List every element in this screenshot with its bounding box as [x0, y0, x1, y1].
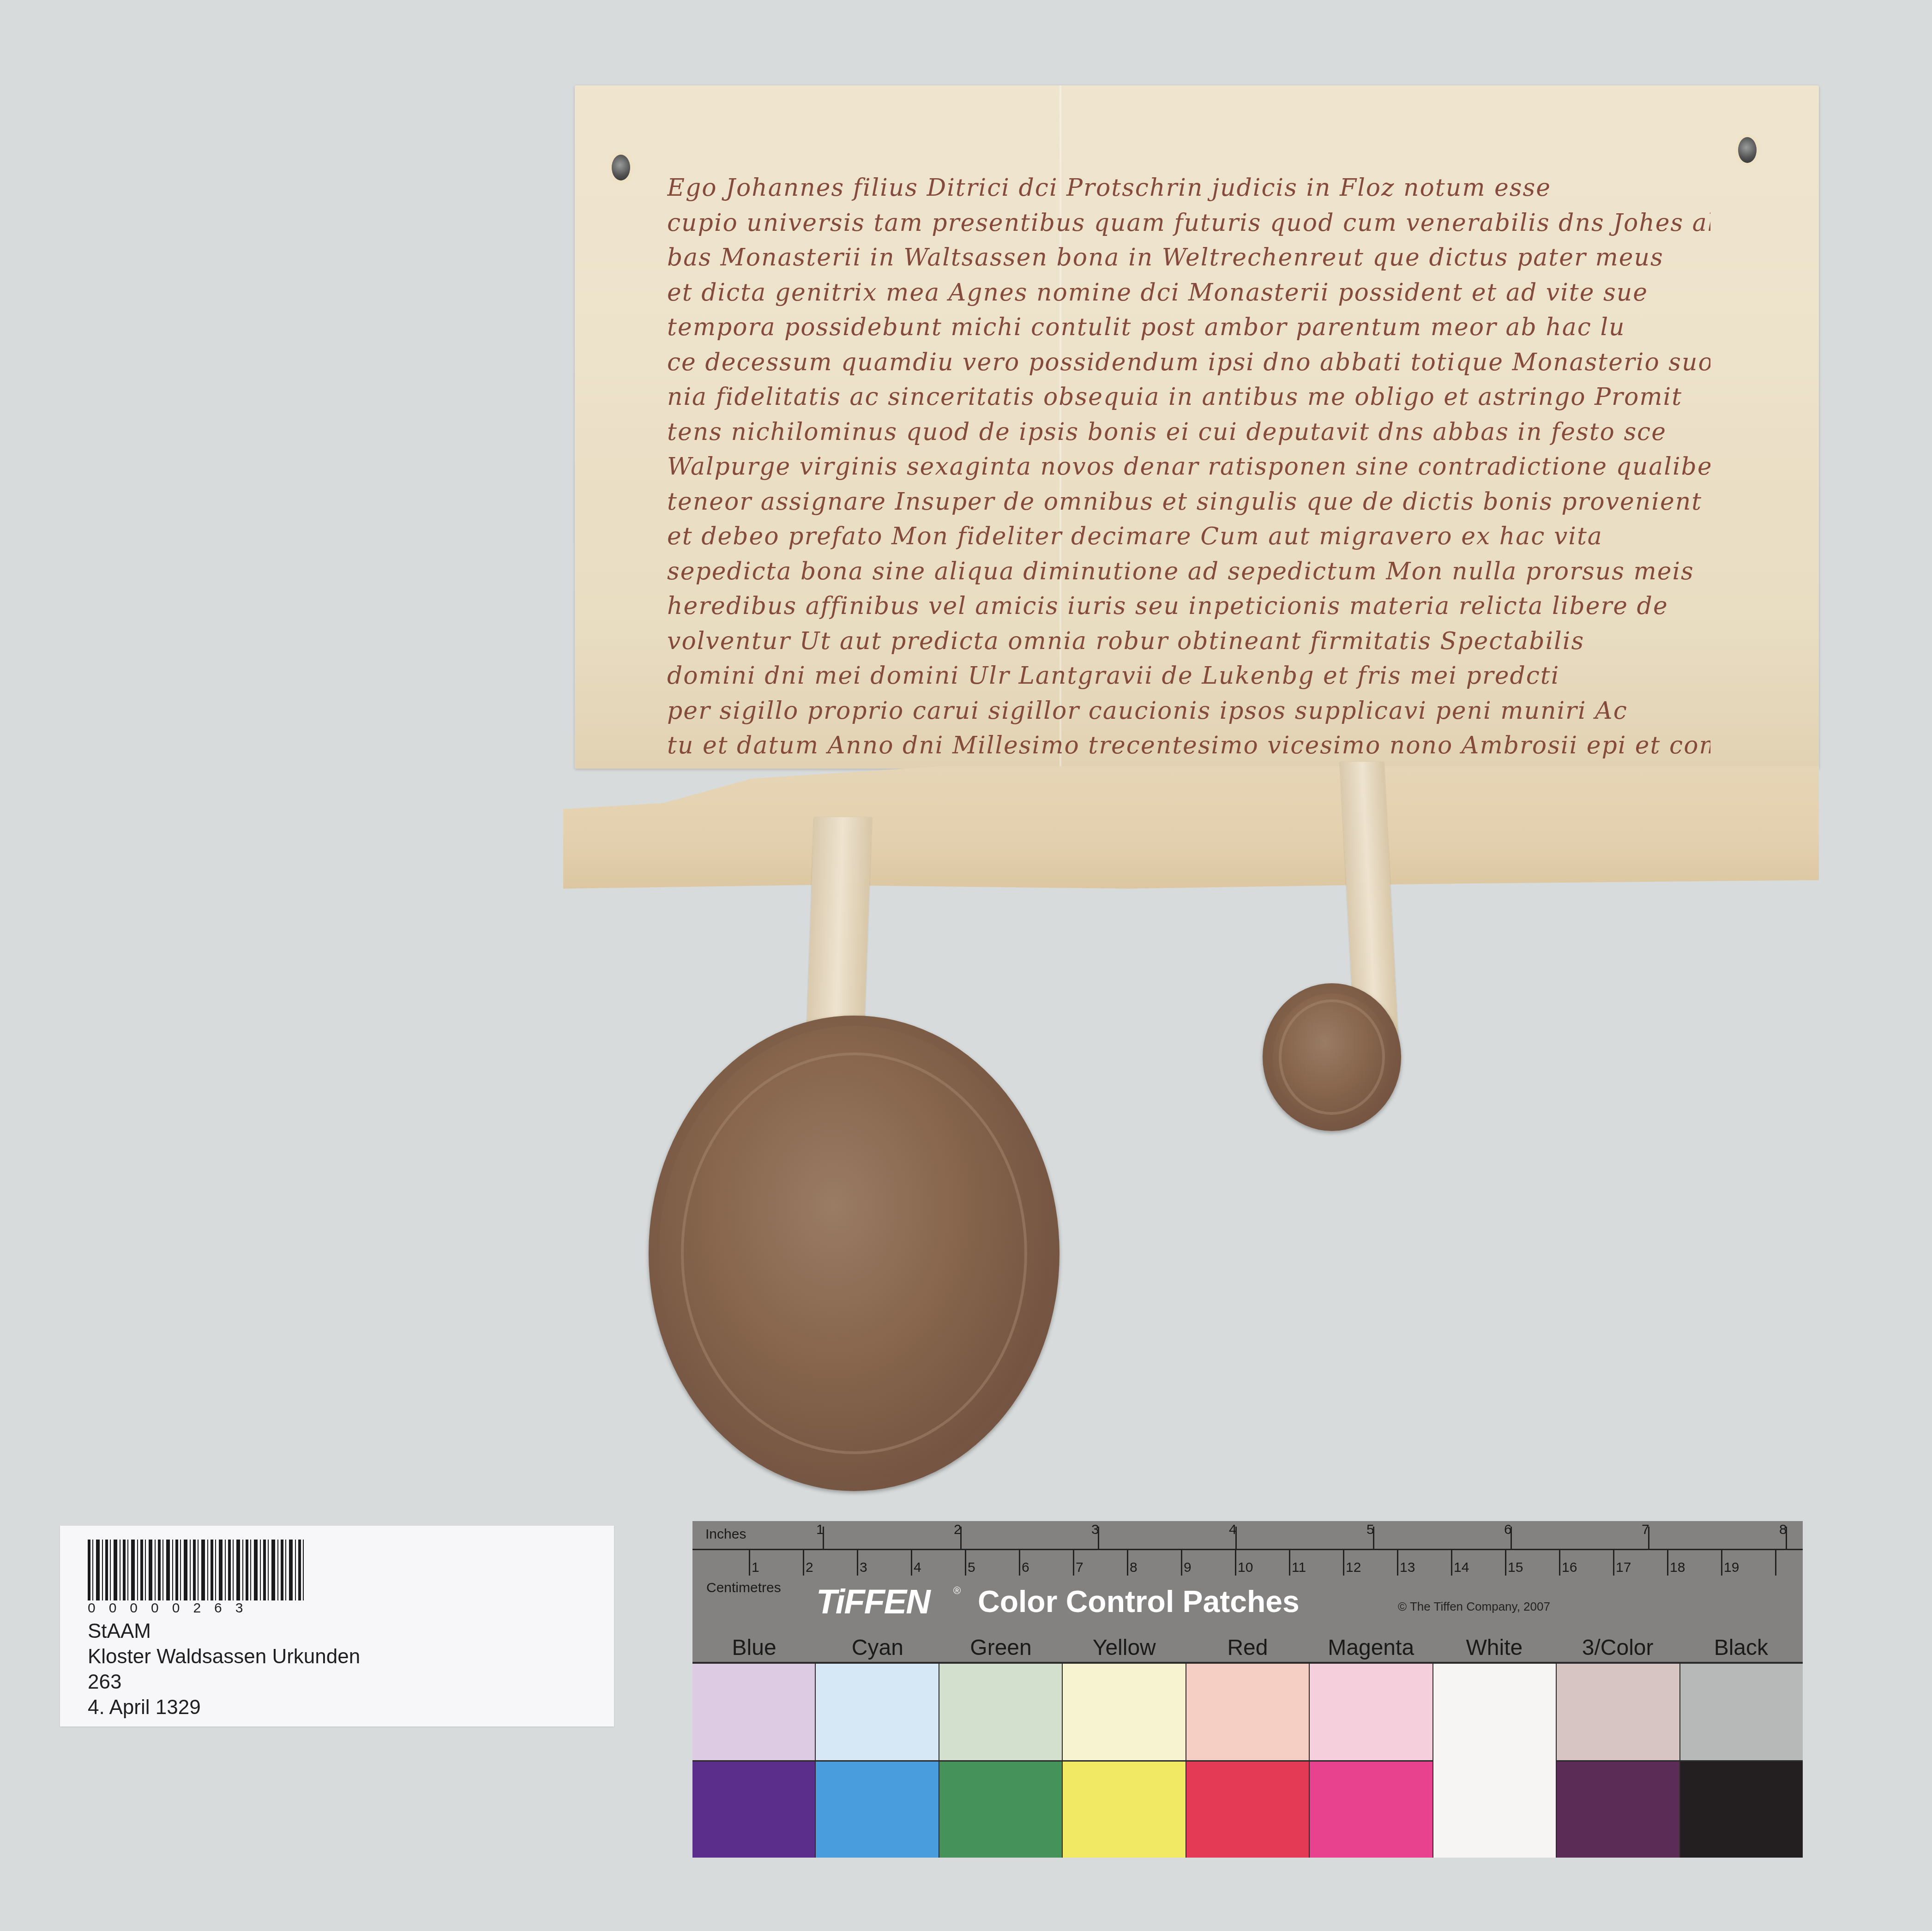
tiffen-color-chart: Inches 1 2 3 4 5 6 7 8 1 2 3 4 5 6 7 8 9… — [692, 1521, 1803, 1856]
cm-tick — [1613, 1549, 1614, 1576]
copyright-notice: © The Tiffen Company, 2007 — [1398, 1600, 1550, 1614]
manuscript-line: cupio universis tam presentibus quam fut… — [667, 206, 1710, 241]
cm-tick-label: 4 — [914, 1560, 921, 1576]
cm-tick-label: 11 — [1292, 1560, 1306, 1576]
cm-tick-label: 2 — [806, 1560, 813, 1576]
light-patch — [1557, 1664, 1679, 1762]
inch-tick — [1235, 1527, 1237, 1549]
cm-tick — [1775, 1549, 1776, 1576]
cm-tick-label: 18 — [1670, 1560, 1685, 1576]
cm-tick-label: 9 — [1184, 1560, 1192, 1576]
light-patch — [1310, 1664, 1432, 1762]
manuscript-line: volventur Ut aut predicta omnia robur ob… — [667, 624, 1710, 659]
dark-patch — [1433, 1761, 1556, 1858]
light-patch — [1063, 1664, 1185, 1762]
cm-tick-label: 13 — [1400, 1560, 1415, 1576]
patch-column-cyan — [816, 1664, 939, 1858]
cm-tick-label: 16 — [1562, 1560, 1577, 1576]
registered-mark: ® — [953, 1585, 961, 1597]
dark-patch — [1186, 1762, 1309, 1858]
manuscript-line: teneor assignare Insuper de omnibus et s… — [667, 485, 1710, 520]
cm-tick-label: 15 — [1508, 1560, 1523, 1576]
cm-tick-label: 10 — [1238, 1560, 1253, 1576]
manuscript-line: nia fidelitatis ac sinceritatis obsequia… — [667, 380, 1710, 415]
inch-tick — [1373, 1527, 1374, 1549]
dark-patch — [1310, 1762, 1432, 1858]
cm-tick-label: 8 — [1130, 1560, 1138, 1576]
inch-tick — [1648, 1527, 1649, 1549]
cm-tick — [1235, 1549, 1236, 1576]
manuscript-line: tu et datum Anno dni Millesimo trecentes… — [667, 728, 1710, 764]
dark-patch — [692, 1762, 815, 1858]
collection-name: Kloster Waldsassen Urkunden — [88, 1646, 360, 1668]
cm-tick-label: 14 — [1454, 1560, 1469, 1576]
inch-tick — [1786, 1527, 1787, 1549]
light-patch — [1680, 1664, 1803, 1762]
manuscript-text: Ego Johannes filius Ditrici dci Protschr… — [667, 171, 1710, 764]
cm-tick — [803, 1549, 804, 1576]
inch-tick — [960, 1527, 962, 1549]
parchment-fold-plica — [563, 766, 1819, 889]
patch-column-3color — [1557, 1664, 1680, 1858]
centimetre-ruler: 1 2 3 4 5 6 7 8 9 10 11 12 13 14 15 16 1… — [692, 1549, 1803, 1576]
inch-ruler: Inches 1 2 3 4 5 6 7 8 — [692, 1521, 1803, 1550]
light-patch — [1186, 1664, 1309, 1762]
cm-tick-label: 1 — [752, 1560, 759, 1576]
light-patch — [939, 1664, 1062, 1762]
seal-legend-ring — [681, 1053, 1027, 1454]
cm-tick-label: 17 — [1616, 1560, 1631, 1576]
left-seal-tag — [807, 817, 872, 1039]
cm-tick-label: 7 — [1076, 1560, 1083, 1576]
cm-tick — [1667, 1549, 1668, 1576]
dark-patch — [1557, 1762, 1679, 1858]
cm-tick — [1721, 1549, 1722, 1576]
cm-tick — [1451, 1549, 1452, 1576]
cm-tick — [1289, 1549, 1290, 1576]
left-rivet-icon — [612, 155, 630, 180]
manuscript-line: sepedicta bona sine aliqua diminutione a… — [667, 554, 1710, 590]
patch-column-blue — [692, 1664, 816, 1858]
document-number: 263 — [88, 1671, 121, 1693]
patch-column-white — [1433, 1664, 1557, 1858]
manuscript-line: bas Monasterii in Waltsassen bona in Wel… — [667, 241, 1710, 276]
cm-tick-label: 19 — [1724, 1560, 1739, 1576]
light-patch — [816, 1664, 938, 1762]
patch-column-magenta — [1310, 1664, 1433, 1858]
chart-title: Color Control Patches — [978, 1584, 1300, 1619]
seal-legend-ring — [1279, 999, 1385, 1115]
inch-tick — [823, 1527, 824, 1549]
cm-tick — [1343, 1549, 1344, 1576]
manuscript-line: tens nichilominus quod de ipsis bonis ei… — [667, 415, 1710, 450]
cm-tick-label: 5 — [968, 1560, 975, 1576]
right-rivet-icon — [1738, 137, 1757, 163]
small-wax-seal — [1263, 983, 1401, 1131]
manuscript-line: Walpurge virginis sexaginta novos denar … — [667, 450, 1710, 485]
patch-column-yellow — [1063, 1664, 1186, 1858]
manuscript-line: et dicta genitrix mea Agnes nomine dci M… — [667, 276, 1710, 311]
manuscript-line: tempora possidebunt michi contulit post … — [667, 310, 1710, 345]
cm-tick — [1073, 1549, 1074, 1576]
cm-tick-label: 12 — [1346, 1560, 1361, 1576]
manuscript-line: et debeo prefato Mon fideliter decimare … — [667, 519, 1710, 554]
cm-tick-label: 6 — [1022, 1560, 1029, 1576]
catalogue-label: 00000263 StAAM Kloster Waldsassen Urkund… — [60, 1526, 614, 1726]
cm-tick — [1397, 1549, 1398, 1576]
dark-patch — [816, 1762, 938, 1858]
light-patch — [692, 1664, 815, 1762]
cm-tick-label: 3 — [860, 1560, 867, 1576]
manuscript-line: domini dni mei domini Ulr Lantgravii de … — [667, 659, 1710, 694]
cm-tick — [749, 1549, 750, 1576]
centimetre-unit-label: Centimetres — [706, 1580, 781, 1596]
manuscript-line: Ego Johannes filius Ditrici dci Protschr… — [667, 171, 1710, 206]
patch-column-green — [939, 1664, 1063, 1858]
manuscript-line: per sigillo proprio carui sigillor cauci… — [667, 694, 1710, 729]
dark-patch — [1680, 1762, 1803, 1858]
inch-tick — [1511, 1527, 1512, 1549]
manuscript-line: heredibus affinibus vel amicis iuris seu… — [667, 589, 1710, 624]
cm-tick — [1127, 1549, 1128, 1576]
cm-tick — [965, 1549, 966, 1576]
tiffen-logo: TiFFEN — [816, 1582, 930, 1621]
large-wax-seal — [649, 1016, 1059, 1491]
cm-tick — [857, 1549, 858, 1576]
cm-tick — [1559, 1549, 1560, 1576]
inch-unit-label: Inches — [705, 1527, 746, 1542]
dark-patch — [939, 1762, 1062, 1858]
light-patch — [1433, 1664, 1556, 1761]
color-patch-grid — [692, 1662, 1803, 1858]
inch-tick — [1098, 1527, 1099, 1549]
cm-tick — [1019, 1549, 1020, 1576]
manuscript-line: ce decessum quamdiu vero possidendum ips… — [667, 345, 1710, 380]
archive-name: StAAM — [88, 1620, 151, 1642]
barcode-number: 00000263 — [88, 1600, 305, 1616]
dark-patch — [1063, 1762, 1185, 1858]
barcode-icon — [88, 1540, 305, 1600]
document-date: 4. April 1329 — [88, 1696, 201, 1719]
cm-tick — [911, 1549, 912, 1576]
cm-tick — [1181, 1549, 1182, 1576]
patch-column-red — [1186, 1664, 1310, 1858]
patch-column-black — [1680, 1664, 1803, 1858]
cm-tick — [1505, 1549, 1506, 1576]
